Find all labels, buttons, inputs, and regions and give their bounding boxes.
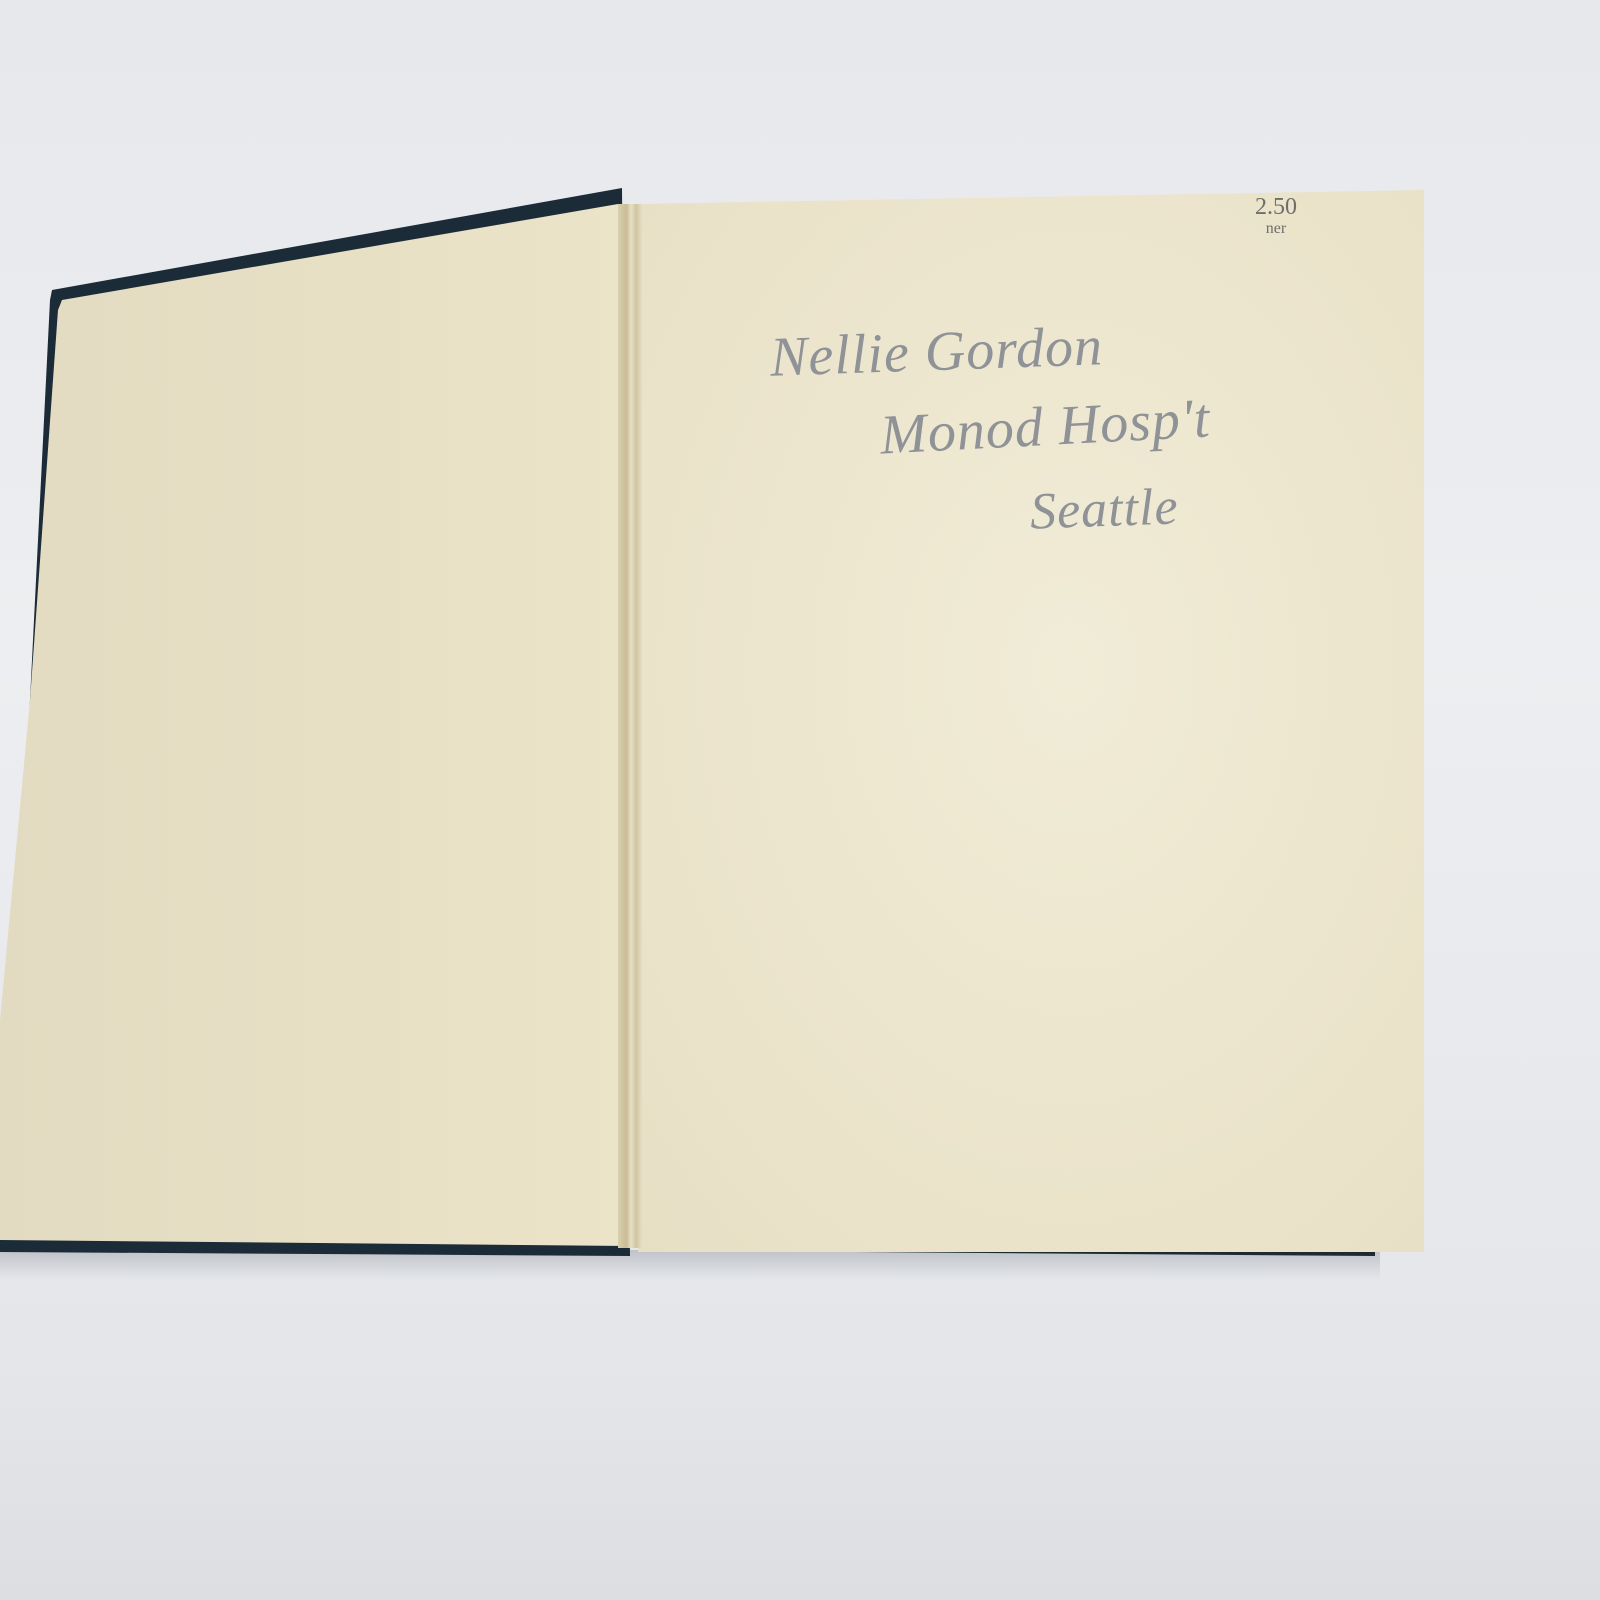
book-photo: 2.50 ner Nellie Gordon Monod Hosp't Seat… <box>0 0 1600 1600</box>
book-gutter <box>618 204 642 1248</box>
pencil-price-note: 2.50 ner <box>1255 196 1297 240</box>
inscription-name: Nellie Gordon <box>769 314 1104 390</box>
inscription-city: Seattle <box>1029 477 1179 541</box>
price-amount: 2.50 <box>1255 194 1297 220</box>
book-shadow <box>0 1250 1380 1280</box>
price-code: ner <box>1255 218 1297 240</box>
